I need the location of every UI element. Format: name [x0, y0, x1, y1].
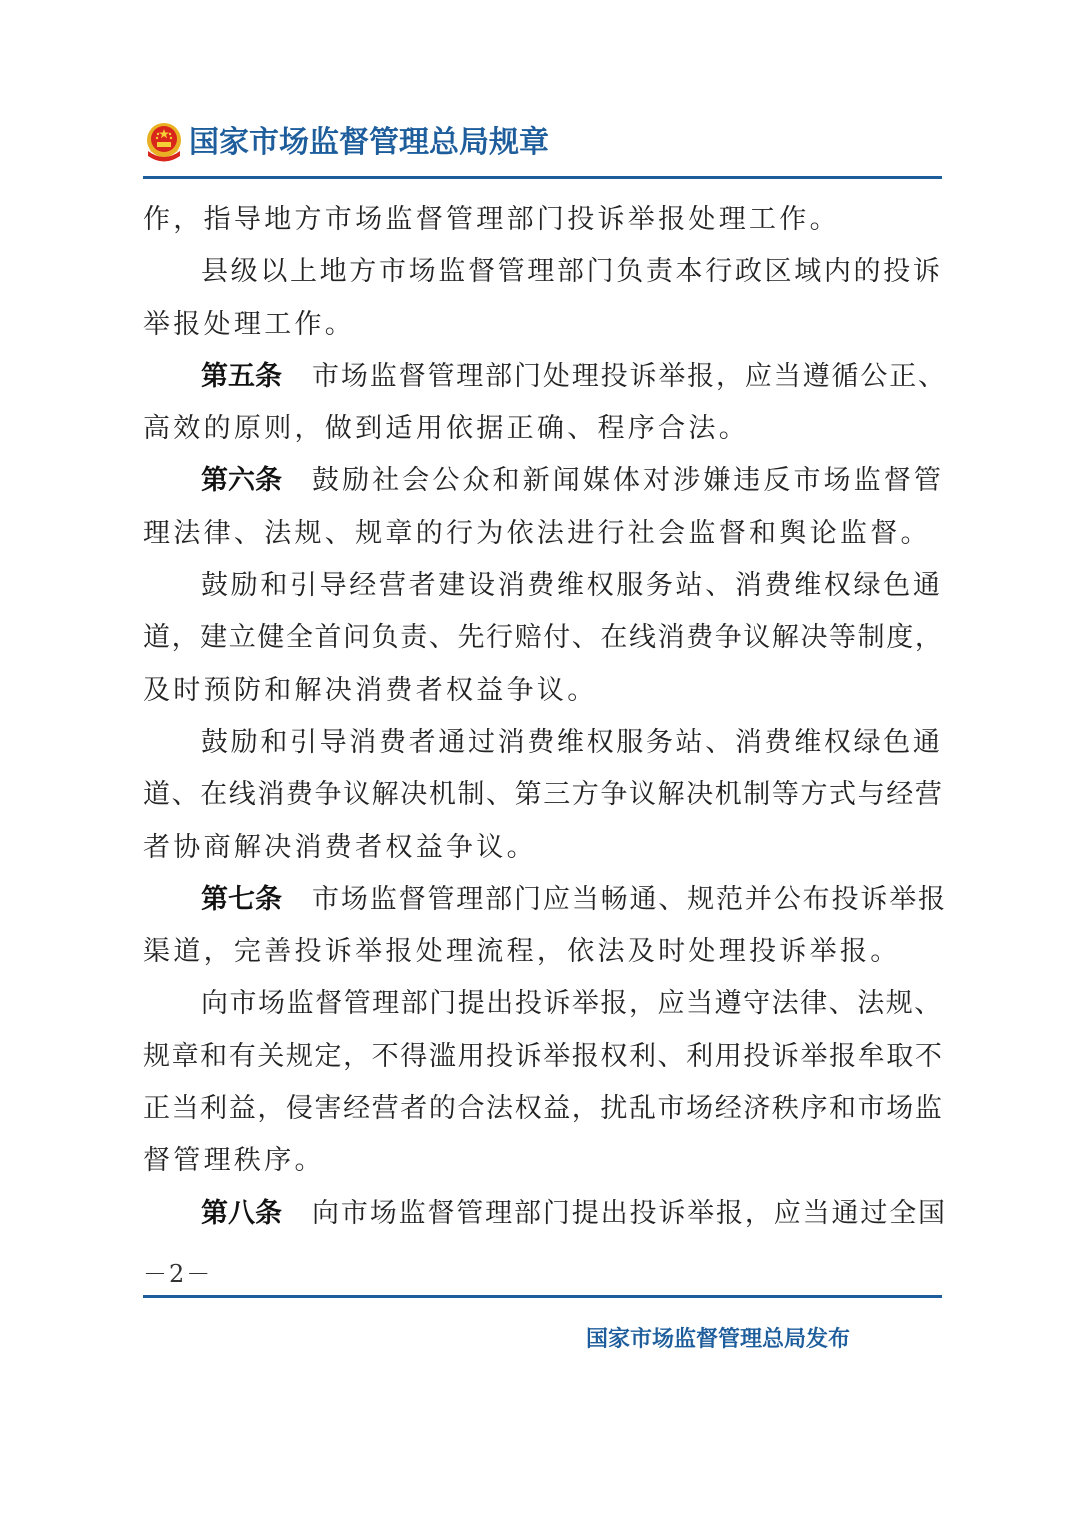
- line-text: 鼓励社会公众和新闻媒体对涉嫌违反市场监督管: [312, 465, 944, 496]
- text-line: 规章和有关规定，不得滥用投诉举报权利、利用投诉举报牟取不: [143, 1031, 943, 1083]
- article-line: 第五条市场监督管理部门处理投诉举报，应当遵循公正、: [143, 351, 943, 403]
- text-line: 渠道，完善投诉举报处理流程，依法及时处理投诉举报。: [143, 926, 943, 978]
- line-text: 道、在线消费争议解决机制、第三方争议解决机制等方式与经营: [143, 779, 943, 810]
- text-line: 向市场监督管理部门提出投诉举报，应当遵守法律、法规、: [143, 978, 943, 1030]
- text-line: 举报处理工作。: [143, 299, 943, 351]
- article-label: 第七条: [201, 884, 282, 915]
- line-text: 鼓励和引导消费者通过消费维权服务站、消费维权绿色通: [201, 727, 943, 758]
- line-text: 渠道，完善投诉举报处理流程，依法及时处理投诉举报。: [143, 936, 901, 967]
- line-text: 道，建立健全首问负责、先行赔付、在线消费争议解决等制度，: [143, 622, 943, 653]
- line-text: 市场监督管理部门处理投诉举报，应当遵循公正、: [312, 361, 947, 392]
- line-text: 市场监督管理部门应当畅通、规范并公布投诉举报: [312, 884, 947, 915]
- line-text: 县级以上地方市场监督管理部门负责本行政区域内的投诉: [201, 256, 943, 287]
- page-header: 国家市场监督管理总局规章: [143, 118, 549, 168]
- article-label: 第五条: [201, 361, 282, 392]
- line-text: 督管理秩序。: [143, 1145, 325, 1176]
- text-line: 理法律、法规、规章的行为依法进行社会监督和舆论监督。: [143, 508, 943, 560]
- text-line: 县级以上地方市场监督管理部门负责本行政区域内的投诉: [143, 246, 943, 298]
- text-line: 鼓励和引导消费者通过消费维权服务站、消费维权绿色通: [143, 717, 943, 769]
- text-line: 者协商解决消费者权益争议。: [143, 822, 943, 874]
- header-title: 国家市场监督管理总局规章: [189, 121, 549, 165]
- document-body: 作，指导地方市场监督管理部门投诉举报处理工作。县级以上地方市场监督管理部门负责本…: [143, 194, 943, 1240]
- text-line: 正当利益，侵害经营者的合法权益，扰乱市场经济秩序和市场监: [143, 1083, 943, 1135]
- line-text: 者协商解决消费者权益争议。: [143, 832, 537, 863]
- article-line: 第六条鼓励社会公众和新闻媒体对涉嫌违反市场监督管: [143, 455, 943, 507]
- text-line: 道、在线消费争议解决机制、第三方争议解决机制等方式与经营: [143, 769, 943, 821]
- page-number: －2－: [143, 1254, 212, 1289]
- line-text: 理法律、法规、规章的行为依法进行社会监督和舆论监督。: [143, 518, 931, 549]
- line-text: 高效的原则，做到适用依据正确、程序合法。: [143, 413, 749, 444]
- line-text: 规章和有关规定，不得滥用投诉举报权利、利用投诉举报牟取不: [143, 1041, 943, 1072]
- footer-divider: [143, 1295, 942, 1298]
- line-text: 向市场监督管理部门提出投诉举报，应当遵守法律、法规、: [201, 988, 943, 1019]
- text-line: 高效的原则，做到适用依据正确、程序合法。: [143, 403, 943, 455]
- national-emblem-icon: [143, 121, 185, 165]
- line-text: 正当利益，侵害经营者的合法权益，扰乱市场经济秩序和市场监: [143, 1093, 943, 1124]
- line-text: 举报处理工作。: [143, 309, 355, 340]
- text-line: 道，建立健全首问负责、先行赔付、在线消费争议解决等制度，: [143, 612, 943, 664]
- line-text: 及时预防和解决消费者权益争议。: [143, 675, 598, 706]
- article-label: 第六条: [201, 465, 282, 496]
- text-line: 督管理秩序。: [143, 1135, 943, 1187]
- header-divider: [143, 176, 942, 179]
- article-label: 第八条: [201, 1198, 282, 1229]
- text-line: 及时预防和解决消费者权益争议。: [143, 665, 943, 717]
- text-line: 鼓励和引导经营者建设消费维权服务站、消费维权绿色通: [143, 560, 943, 612]
- footer-publisher: 国家市场监督管理总局发布: [586, 1322, 850, 1353]
- line-text: 鼓励和引导经营者建设消费维权服务站、消费维权绿色通: [201, 570, 943, 601]
- line-text: 作，指导地方市场监督管理部门投诉举报处理工作。: [143, 204, 840, 235]
- line-text: 向市场监督管理部门提出投诉举报，应当通过全国: [312, 1198, 947, 1229]
- text-line: 作，指导地方市场监督管理部门投诉举报处理工作。: [143, 194, 943, 246]
- article-line: 第七条市场监督管理部门应当畅通、规范并公布投诉举报: [143, 874, 943, 926]
- article-line: 第八条向市场监督管理部门提出投诉举报，应当通过全国: [143, 1188, 943, 1240]
